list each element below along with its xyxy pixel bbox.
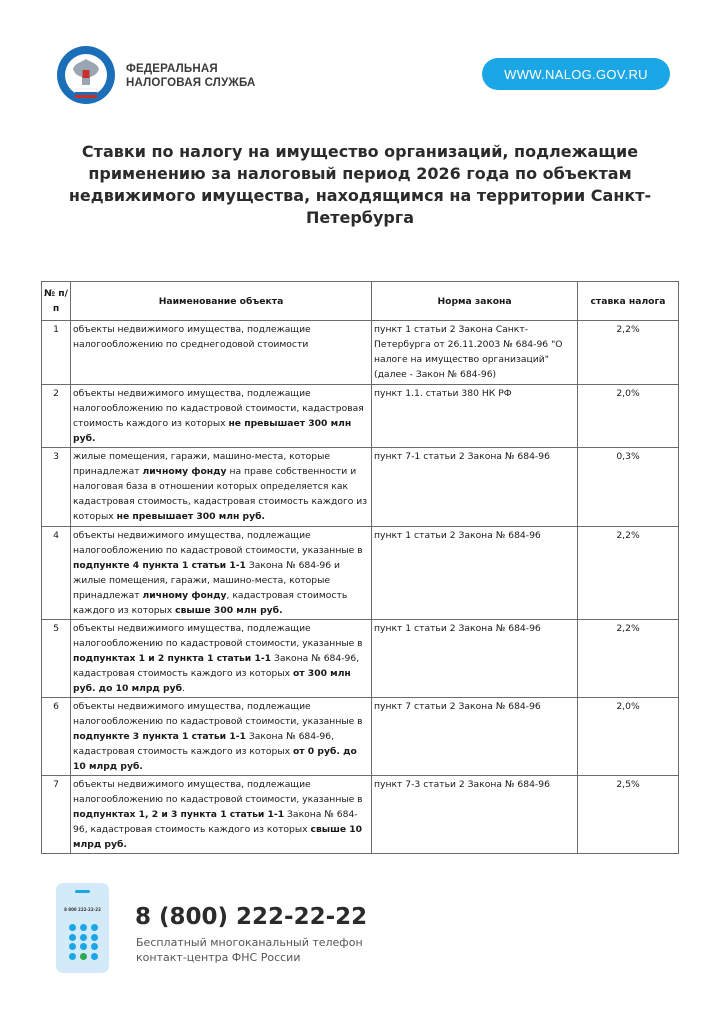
keypad-icon: [69, 924, 98, 960]
row-law: пункт 7-3 статьи 2 Закона № 684-96: [372, 776, 578, 854]
row-object: объекты недвижимого имущества, подлежащи…: [71, 385, 372, 448]
row-rate: 2,5%: [578, 776, 679, 854]
table-row: 4объекты недвижимого имущества, подлежащ…: [42, 527, 679, 620]
organization-name: ФЕДЕРАЛЬНАЯ НАЛОГОВАЯ СЛУЖБА: [126, 62, 256, 90]
table-row: 5объекты недвижимого имущества, подлежащ…: [42, 620, 679, 698]
row-number: 3: [42, 448, 71, 527]
row-law: пункт 7-1 статьи 2 Закона № 684-96: [372, 448, 578, 527]
row-object: жилые помещения, гаражи, машино-места, к…: [71, 448, 372, 527]
row-law: пункт 1.1. статьи 380 НК РФ: [372, 385, 578, 448]
website-link-button[interactable]: WWW.NALOG.GOV.RU: [482, 58, 670, 90]
row-number: 1: [42, 321, 71, 385]
phone-screen-number: 8 800 222-22-22: [56, 907, 109, 912]
table-row: 1объекты недвижимого имущества, подлежащ…: [42, 321, 679, 385]
phone-illustration-icon: 8 800 222-22-22: [56, 883, 109, 973]
row-number: 5: [42, 620, 71, 698]
fns-emblem-icon: [56, 45, 116, 105]
hotline-desc-line1: Бесплатный многоканальный телефон: [136, 935, 363, 950]
header-number: № п/п: [42, 282, 71, 321]
tax-rates-table: № п/п Наименование объекта Норма закона …: [41, 281, 679, 854]
table-row: 7объекты недвижимого имущества, подлежащ…: [42, 776, 679, 854]
row-rate: 2,2%: [578, 620, 679, 698]
row-law: пункт 1 статьи 2 Закона № 684-96: [372, 620, 578, 698]
table-row: 3жилые помещения, гаражи, машино-места, …: [42, 448, 679, 527]
hotline-phone-number[interactable]: 8 (800) 222-22-22: [135, 904, 367, 930]
row-rate: 0,3%: [578, 448, 679, 527]
row-rate: 2,0%: [578, 698, 679, 776]
hotline-desc-line2: контакт-центра ФНС России: [136, 950, 363, 965]
header-object: Наименование объекта: [71, 282, 372, 321]
row-number: 4: [42, 527, 71, 620]
document-title: Ставки по налогу на имущество организаци…: [60, 141, 660, 229]
row-number: 2: [42, 385, 71, 448]
row-number: 6: [42, 698, 71, 776]
row-object: объекты недвижимого имущества, подлежащи…: [71, 321, 372, 385]
row-object: объекты недвижимого имущества, подлежащи…: [71, 620, 372, 698]
row-rate: 2,2%: [578, 527, 679, 620]
row-rate: 2,0%: [578, 385, 679, 448]
org-name-line1: ФЕДЕРАЛЬНАЯ: [126, 62, 256, 76]
row-object: объекты недвижимого имущества, подлежащи…: [71, 527, 372, 620]
org-name-line2: НАЛОГОВАЯ СЛУЖБА: [126, 76, 256, 90]
table-row: 6объекты недвижимого имущества, подлежащ…: [42, 698, 679, 776]
header-rate: ставка налога: [578, 282, 679, 321]
header-law: Норма закона: [372, 282, 578, 321]
row-number: 7: [42, 776, 71, 854]
hotline-description: Бесплатный многоканальный телефон контак…: [136, 935, 363, 965]
row-object: объекты недвижимого имущества, подлежащи…: [71, 698, 372, 776]
row-law: пункт 7 статьи 2 Закона № 684-96: [372, 698, 578, 776]
row-law: пункт 1 статьи 2 Закона № 684-96: [372, 527, 578, 620]
table-row: 2объекты недвижимого имущества, подлежащ…: [42, 385, 679, 448]
row-law: пункт 1 статьи 2 Закона Санкт-Петербурга…: [372, 321, 578, 385]
row-object: объекты недвижимого имущества, подлежащи…: [71, 776, 372, 854]
phone-speaker-icon: [75, 890, 90, 893]
table-header-row: № п/п Наименование объекта Норма закона …: [42, 282, 679, 321]
row-rate: 2,2%: [578, 321, 679, 385]
